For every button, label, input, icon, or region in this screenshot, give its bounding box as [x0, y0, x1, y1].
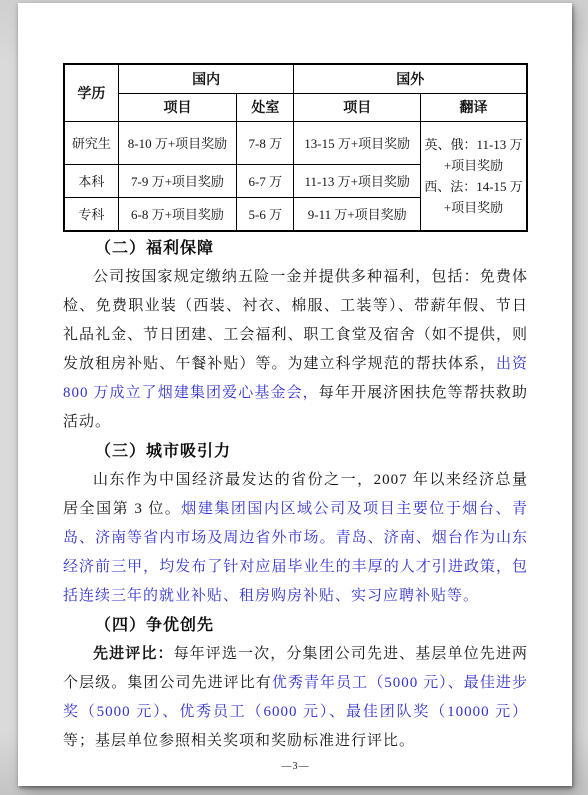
cell-level: 专科	[64, 197, 118, 231]
welfare-paragraph: 公司按国家规定缴纳五险一金并提供多种福利，包括：免费体检、免费职业装（西装、衬衣…	[63, 263, 528, 437]
document-body: （二）福利保障 公司按国家规定缴纳五险一金并提供多种福利，包括：免费体检、免费职…	[63, 234, 528, 756]
header-cell-office: 处室	[237, 93, 294, 121]
cell-overseas-project: 13-15 万+项目奖励	[294, 121, 421, 164]
cell-domestic-office: 6-7 万	[237, 164, 294, 197]
cell-domestic-project: 6-8 万+项目奖励	[118, 197, 237, 231]
cell-translation-merged: 英、俄：11-13 万+项目奖励 西、法：14-15 万+项目奖励	[420, 121, 527, 231]
salary-table: 学历 国内 国外 项目 处室 项目 翻译 研究生 8-10 万+项目奖励 7-8…	[63, 63, 528, 232]
excellence-text-black-2: 等；基层单位参照相关奖项和奖励标准进行评比。	[63, 733, 415, 749]
section-heading-welfare: （二）福利保障	[63, 234, 528, 263]
cell-level: 本科	[64, 164, 118, 197]
page-number: —3—	[63, 761, 528, 772]
cell-domestic-office: 7-8 万	[237, 121, 294, 164]
cell-overseas-project: 9-11 万+项目奖励	[294, 197, 421, 231]
city-paragraph: 山东作为中国经济最发达的省份之一，2007 年以来经济总量居全国第 3 位。烟建…	[63, 466, 528, 611]
cell-domestic-office: 5-6 万	[237, 197, 294, 231]
section-heading-excellence: （四）争优创先	[63, 611, 528, 640]
translation-line-1: 英、俄：11-13 万+项目奖励	[422, 134, 525, 176]
document-viewer-background: 学历 国内 国外 项目 处室 项目 翻译 研究生 8-10 万+项目奖励 7-8…	[0, 0, 588, 795]
header-cell-translation: 翻译	[420, 93, 527, 121]
document-page: 学历 国内 国外 项目 处室 项目 翻译 研究生 8-10 万+项目奖励 7-8…	[18, 3, 572, 786]
table-header-row-2: 项目 处室 项目 翻译	[64, 93, 527, 121]
table-header-row-1: 学历 国内 国外	[64, 64, 527, 93]
cell-overseas-project: 11-13 万+项目奖励	[294, 164, 421, 197]
header-cell-overseas-project: 项目	[294, 93, 421, 121]
cell-domestic-project: 7-9 万+项目奖励	[118, 164, 237, 197]
header-cell-domestic-project: 项目	[118, 93, 237, 121]
excellence-lead-bold: 先进评比：	[93, 646, 174, 662]
header-cell-education: 学历	[64, 64, 118, 121]
table-row-graduate: 研究生 8-10 万+项目奖励 7-8 万 13-15 万+项目奖励 英、俄：1…	[64, 121, 527, 164]
section-heading-city: （三）城市吸引力	[63, 437, 528, 466]
excellence-paragraph: 先进评比：每年评选一次，分集团公司先进、基层单位先进两个层级。集团公司先进评比有…	[63, 640, 528, 756]
header-cell-domestic: 国内	[118, 64, 294, 93]
header-cell-overseas: 国外	[294, 64, 527, 93]
cell-domestic-project: 8-10 万+项目奖励	[118, 121, 237, 164]
cell-level: 研究生	[64, 121, 118, 164]
welfare-text-black-1: 公司按国家规定缴纳五险一金并提供多种福利，包括：免费体检、免费职业装（西装、衬衣…	[63, 269, 528, 372]
translation-line-2: 西、法：14-15 万+项目奖励	[422, 176, 525, 218]
